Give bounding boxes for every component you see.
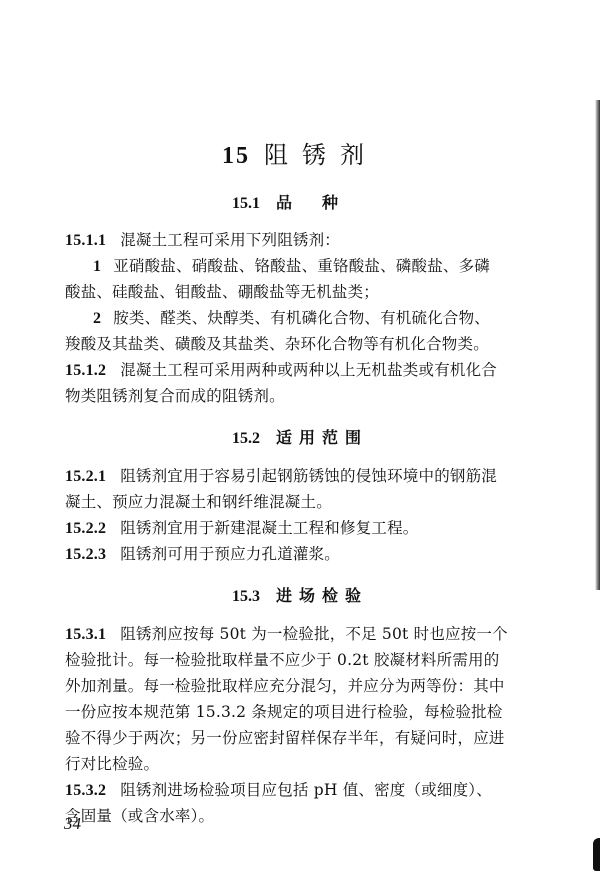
list-item-2-cont: 羧酸及其盐类、磺酸及其盐类、杂环化合物等有机化合物类。 xyxy=(65,331,535,357)
item-number: 2 xyxy=(93,310,101,327)
list-item-2: 2胺类、醛类、炔醇类、有机磷化合物、有机硫化合物、 xyxy=(93,305,563,332)
section-title: 品种 xyxy=(276,193,368,212)
clause-15-2-2: 15.2.2阻锈剂宜用于新建混凝土工程和修复工程。 xyxy=(65,515,535,542)
section-heading-15-3: 15.3进场检验 xyxy=(0,584,600,609)
scan-edge-shadow xyxy=(595,100,600,590)
clause-15-1-1: 15.1.1混凝土工程可采用下列阻锈剂： xyxy=(65,227,535,254)
clause-text: 阻锈剂宜用于新建混凝土工程和修复工程。 xyxy=(120,519,418,537)
clause-15-3-1-line4: 一份应按本规范第 15.3.2 条规定的项目进行检验，每检验批检 xyxy=(65,699,535,725)
clause-15-2-1-cont: 凝土、预应力混凝土和钢纤维混凝土。 xyxy=(65,489,535,515)
clause-15-1-2: 15.1.2混凝土工程可采用两种或两种以上无机盐类或有机化合 xyxy=(65,357,535,384)
clause-15-3-1: 15.3.1阻锈剂应按每 50t 为一检验批，不足 50t 时也应按一个 xyxy=(65,621,535,648)
clause-15-3-1-line6: 行对比检验。 xyxy=(65,751,535,777)
section-number: 15.2 xyxy=(232,430,260,447)
list-item-1: 1亚硝酸盐、硝酸盐、铬酸盐、重铬酸盐、磷酸盐、多磷 xyxy=(93,253,563,280)
clause-number: 15.3.2 xyxy=(65,782,106,799)
clause-number: 15.2.3 xyxy=(65,546,106,563)
chapter-heading: 15阻锈剂 xyxy=(0,138,600,173)
clause-15-2-3: 15.2.3阻锈剂可用于预应力孔道灌浆。 xyxy=(65,541,535,568)
item-number: 1 xyxy=(93,258,101,275)
clause-number: 15.2.2 xyxy=(65,520,106,537)
item-text: 亚硝酸盐、硝酸盐、铬酸盐、重铬酸盐、磷酸盐、多磷 xyxy=(113,257,490,275)
clause-15-3-1-line3: 外加剂量。每一检验批取样应充分混匀，并应分为两等份：其中 xyxy=(65,673,535,699)
item-text: 胺类、醛类、炔醇类、有机磷化合物、有机硫化合物、 xyxy=(113,309,490,327)
clause-15-1-2-cont: 物类阻锈剂复合而成的阻锈剂。 xyxy=(65,383,535,409)
clause-text: 阻锈剂进场检验项目应包括 pH 值、密度（或细度）、 xyxy=(120,781,492,799)
clause-number: 15.1.1 xyxy=(65,232,106,249)
section-number: 15.1 xyxy=(232,195,260,212)
clause-number: 15.3.1 xyxy=(65,626,106,643)
scan-edge-blot xyxy=(593,838,600,871)
clause-15-3-2-cont: 含固量（或含水率）。 xyxy=(65,803,535,829)
clause-text: 混凝土工程可采用下列阻锈剂： xyxy=(120,231,340,249)
list-item-1-cont: 酸盐、硅酸盐、钼酸盐、硼酸盐等无机盐类； xyxy=(65,279,535,305)
clause-15-2-1: 15.2.1阻锈剂宜用于容易引起钢筋锈蚀的侵蚀环境中的钢筋混 xyxy=(65,463,535,490)
section-heading-15-2: 15.2适用范围 xyxy=(0,426,600,451)
clause-number: 15.1.2 xyxy=(65,362,106,379)
document-page: 15阻锈剂 15.1品种 15.1.1混凝土工程可采用下列阻锈剂： 1亚硝酸盐、… xyxy=(0,0,600,871)
clause-text: 混凝土工程可采用两种或两种以上无机盐类或有机化合 xyxy=(120,361,497,379)
section-number: 15.3 xyxy=(232,588,260,605)
clause-15-3-2: 15.3.2阻锈剂进场检验项目应包括 pH 值、密度（或细度）、 xyxy=(65,777,535,804)
clause-text: 阻锈剂宜用于容易引起钢筋锈蚀的侵蚀环境中的钢筋混 xyxy=(120,467,497,485)
page-number: 34 xyxy=(64,814,81,834)
section-title: 进场检验 xyxy=(276,586,368,605)
clause-text: 阻锈剂应按每 50t 为一检验批，不足 50t 时也应按一个 xyxy=(120,625,508,643)
clause-number: 15.2.1 xyxy=(65,468,106,485)
chapter-title: 阻锈剂 xyxy=(264,141,378,169)
clause-15-3-1-line5: 验不得少于两次；另一份应密封留样保存半年，有疑问时，应进 xyxy=(65,725,535,751)
clause-text: 阻锈剂可用于预应力孔道灌浆。 xyxy=(120,545,340,563)
section-heading-15-1: 15.1品种 xyxy=(0,191,600,216)
clause-15-3-1-line2: 检验批计。每一检验批取样量不应少于 0.2t 胶凝材料所需用的 xyxy=(65,647,535,673)
chapter-number: 15 xyxy=(222,143,250,169)
section-title: 适用范围 xyxy=(276,428,368,447)
